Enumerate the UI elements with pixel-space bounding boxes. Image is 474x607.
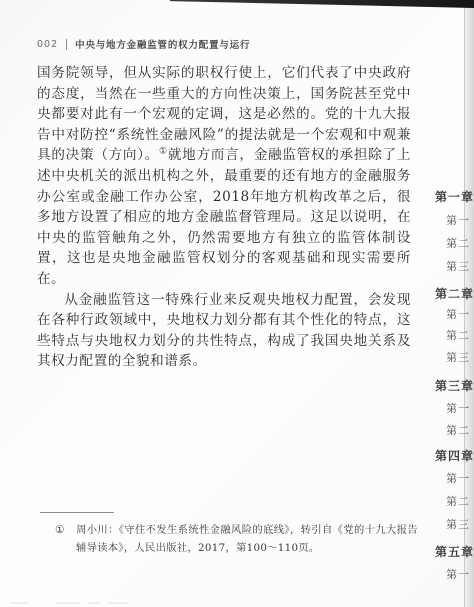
scan-smudge (108, 602, 128, 604)
scan-smudge (55, 602, 81, 604)
running-title: 中央与地方金融监管的权力配置与运行 (75, 37, 250, 51)
footnote-marker: ① (55, 522, 76, 540)
scan-smudge (88, 602, 100, 604)
sidebar-toc-section: 第一 (441, 306, 474, 322)
page-number: 002 (37, 39, 58, 50)
paragraph-2: 从金融监管这一特殊行业来反观央地权力配置，会发现在各种行政领域中，央地权力划分都… (37, 290, 411, 372)
paragraph-1-continuation: 就地方而言，金融监管权的承担除了上述中央机关的派出机构之外，最重要的还有地方的金… (37, 147, 411, 287)
book-page-scan: 002 中央与地方金融监管的权力配置与运行 国务院领导，但从实际的职权行使上，它… (0, 0, 474, 607)
body-text: 国务院领导，但从实际的职权行使上，它们代表了中央政府的态度，当然在一些重大的方向… (37, 63, 411, 372)
footnote-reference: ① (159, 147, 168, 157)
sidebar-toc-section: 第二 (441, 327, 474, 343)
sidebar-toc-chapter-2: 第二章 (434, 285, 474, 302)
sidebar-toc-section: 第一 (441, 470, 474, 486)
sidebar-toc-section: 第一 (441, 566, 474, 582)
sidebar-toc-section: 第三 (441, 516, 474, 532)
header-divider (66, 39, 67, 50)
sidebar-toc-chapter-4: 第四章 (434, 447, 474, 464)
sidebar-toc-chapter-1: 第一章 (434, 188, 474, 205)
sidebar-toc-chapter-3: 第三章 (434, 377, 474, 394)
sidebar-toc-section: 第三 (441, 258, 474, 274)
sidebar-toc-section: 第一 (441, 400, 474, 416)
sidebar-toc-section: 第二 (441, 235, 474, 251)
running-header: 002 中央与地方金融监管的权力配置与运行 (37, 37, 250, 51)
sidebar-toc-section: 第三 (441, 349, 474, 365)
sidebar-toc-section: 第二 (441, 422, 474, 438)
footnote-separator (40, 512, 114, 513)
sidebar-toc-section: 第二 (441, 493, 474, 509)
margin-toc: 第一章 第一 第二 第三 第二章 第一 第二 第三 第三章 第一 第二 第四章 … (404, 0, 474, 607)
sidebar-toc-chapter-5: 第五章 (434, 543, 474, 560)
scan-shadow-top (170, 0, 474, 8)
footnote-text: 周小川：《守住不发生系统性金融风险的底线》，转引自《党的十九大报告辅导读本》，人… (76, 524, 418, 554)
scan-smudge (10, 602, 28, 604)
paragraph-1: 国务院领导，但从实际的职权行使上，它们代表了中央政府的态度，当然在一些重大的方向… (37, 63, 411, 290)
footnote: ①周小川：《守住不发生系统性金融风险的底线》，转引自《党的十九大报告辅导读本》，… (55, 522, 418, 557)
sidebar-toc-section: 第一 (441, 212, 474, 228)
